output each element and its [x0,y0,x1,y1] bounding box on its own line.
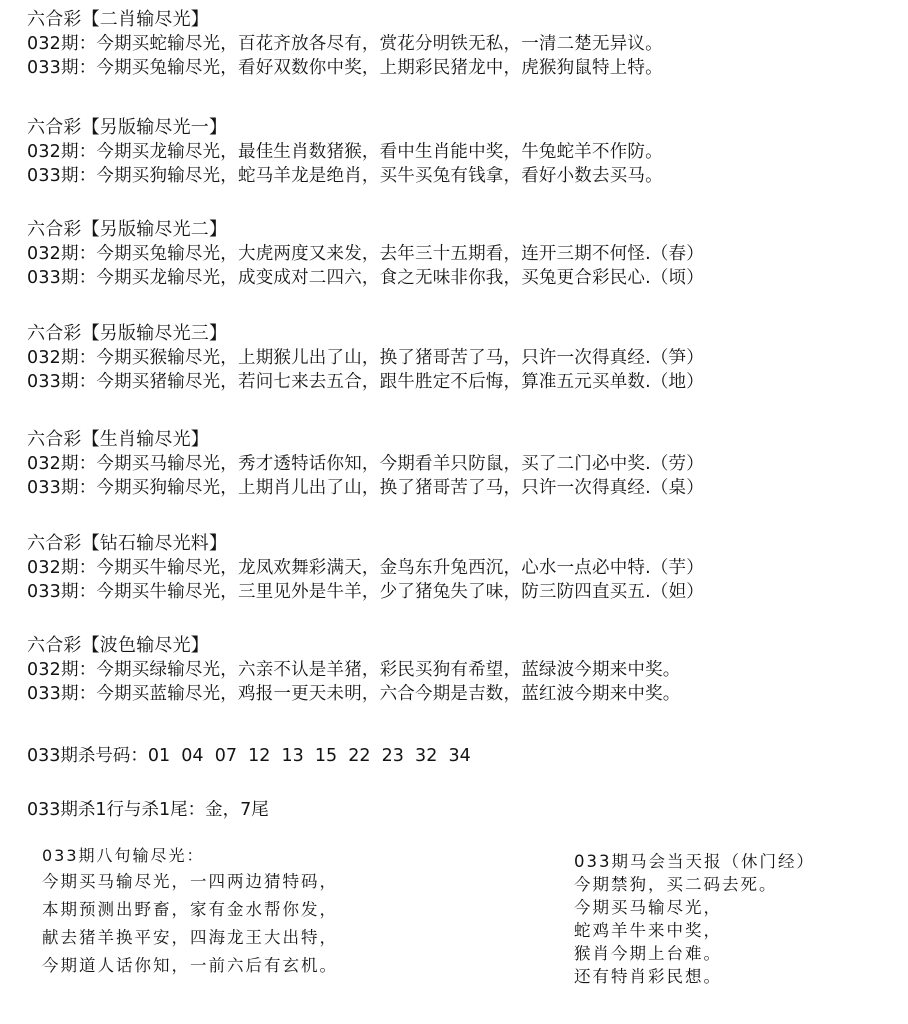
verse-line: 蛇鸡羊牛来中奖， [574,919,815,942]
kill-line-tail: 033期杀1行与杀1尾：金，7尾 [27,796,269,821]
verse-line: 今期买马输尽光，一四两边猜特码， [42,868,338,896]
period-line: 032期：今期买马输尽光，秀才透特话你知，今期看羊只防鼠，买了二门必中奖.（劳） [27,452,704,476]
period-line: 033期：今期买兔输尽光，看好双数你中奖，上期彩民猪龙中，虎猴狗鼠特上特。 [27,56,663,80]
section-ling-ban-3: 六合彩【另版输尽光三】 032期：今期买猴输尽光，上期猴儿出了山，换了猪哥苦了马… [27,322,704,394]
section-title: 六合彩【生肖输尽光】 [27,428,704,452]
section-title: 六合彩【波色输尽光】 [27,634,681,658]
section-title: 六合彩【二肖输尽光】 [27,8,663,32]
verse-line: 猴肖今期上台难。 [574,942,815,965]
period-line: 033期：今期买猪输尽光，若问七来去五合，跟牛胜定不后悔，算准五元买单数.（地） [27,370,704,394]
section-bo-se: 六合彩【波色输尽光】 032期：今期买绿输尽光，六亲不认是羊猪，彩民买狗有希望，… [27,634,681,706]
period-line: 033期：今期买狗输尽光，蛇马羊龙是绝肖，买牛买兔有钱拿，看好小数去买马。 [27,164,663,188]
section-title: 六合彩【钻石输尽光料】 [27,532,704,556]
period-line: 032期：今期买兔输尽光，大虎两度又来发，去年三十五期看，连开三期不何怪.（春） [27,242,704,266]
period-line: 033期：今期买狗输尽光，上期肖儿出了山，换了猪哥苦了马，只许一次得真经.（桌） [27,476,704,500]
verse-line: 今期禁狗，买二码去死。 [574,873,815,896]
section-er-xiao: 六合彩【二肖输尽光】 032期：今期买蛇输尽光，百花齐放各尽有，赏花分明铁无私，… [27,8,663,80]
eight-lines-title: 033期八句输尽光： [42,844,338,868]
section-ling-ban-2: 六合彩【另版输尽光二】 032期：今期买兔输尽光，大虎两度又来发，去年三十五期看… [27,218,704,290]
section-zuan-shi: 六合彩【钻石输尽光料】 032期：今期买牛输尽光，龙凤欢舞彩满天，金鸟东升兔西沉… [27,532,704,604]
period-line: 033期：今期买蓝输尽光，鸡报一更天未明，六合今期是吉数，蓝红波今期来中奖。 [27,682,681,706]
section-ling-ban-1: 六合彩【另版输尽光一】 032期：今期买龙输尽光，最佳生肖数猪猴，看中生肖能中奖… [27,116,663,188]
kill-numbers-label: 033期杀号码： [27,746,148,766]
period-line: 032期：今期买牛输尽光，龙凤欢舞彩满天，金鸟东升兔西沉，心水一点必中特.（芋） [27,556,704,580]
period-line: 033期：今期买龙输尽光，成变成对二四六，食之无味非你我，买兔更合彩民心.（顷） [27,266,704,290]
period-line: 032期：今期买猴输尽光，上期猴儿出了山，换了猪哥苦了马，只许一次得真经.（笋） [27,346,704,370]
verse-line: 今期买马输尽光， [574,896,815,919]
kill-numbers-list: 01 04 07 12 13 15 22 23 32 34 [148,746,471,766]
section-title: 六合彩【另版输尽光一】 [27,116,663,140]
period-line: 032期：今期买龙输尽光，最佳生肖数猪猴，看中生肖能中奖，牛兔蛇羊不作防。 [27,140,663,164]
section-title: 六合彩【另版输尽光二】 [27,218,704,242]
horse-report-box: 033期马会当天报（休门经） 今期禁狗，买二码去死。 今期买马输尽光， 蛇鸡羊牛… [574,850,815,988]
verse-line: 本期预测出野畜，家有金水帮你发， [42,896,338,924]
verse-line: 献去猪羊换平安，四海龙王大出特， [42,924,338,952]
period-line: 032期：今期买绿输尽光，六亲不认是羊猪，彩民买狗有希望，蓝绿波今期来中奖。 [27,658,681,682]
kill-numbers: 033期杀号码：01 04 07 12 13 15 22 23 32 34 [27,742,471,767]
section-sheng-xiao: 六合彩【生肖输尽光】 032期：今期买马输尽光，秀才透特话你知，今期看羊只防鼠，… [27,428,704,500]
horse-report-title: 033期马会当天报（休门经） [574,850,815,873]
eight-lines-box: 033期八句输尽光： 今期买马输尽光，一四两边猜特码， 本期预测出野畜，家有金水… [42,844,338,980]
verse-line: 今期道人话你知，一前六后有玄机。 [42,952,338,980]
period-line: 033期：今期买牛输尽光，三里见外是牛羊，少了猪兔失了味，防三防四直买五.（妲） [27,580,704,604]
period-line: 032期：今期买蛇输尽光，百花齐放各尽有，赏花分明铁无私，一清二楚无异议。 [27,32,663,56]
section-title: 六合彩【另版输尽光三】 [27,322,704,346]
verse-line: 还有特肖彩民想。 [574,965,815,988]
